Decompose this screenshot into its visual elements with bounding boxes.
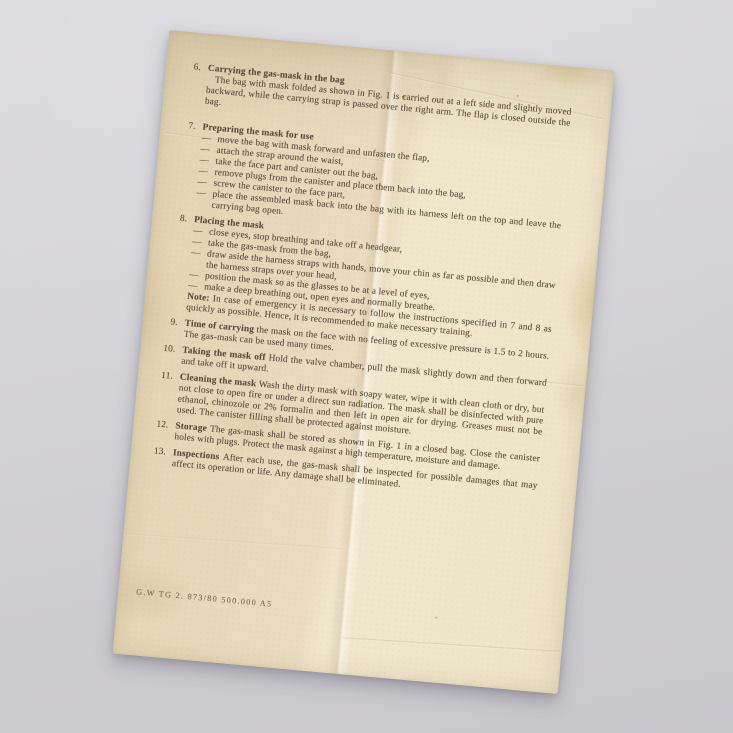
instruction-sheet: 6.Carrying the gas-mask in the bagThe ba…	[113, 30, 615, 694]
section-lead: Time of carrying	[184, 319, 257, 335]
fold-crease-right-bottom	[343, 637, 562, 653]
section-number: 12.	[148, 419, 169, 443]
ink-speck	[435, 617, 437, 619]
section-number: 8.	[160, 213, 188, 313]
fold-crease-left-lower	[123, 533, 342, 550]
table-surface: 6.Carrying the gas-mask in the bagThe ba…	[0, 0, 733, 733]
section-number: 7.	[169, 120, 196, 209]
print-code-footer: G.W TG 2. 873/80 500.000 A5	[136, 587, 273, 608]
section-number: 11.	[150, 370, 173, 416]
section-lead: Inspections	[173, 448, 224, 463]
section-number: 6.	[179, 61, 202, 107]
section-number: 10.	[155, 343, 176, 367]
section-lead: Storage	[175, 421, 211, 434]
note-label: Note:	[187, 292, 214, 304]
section-lead: Taking the mask off	[182, 346, 269, 364]
document-sections: 6.Carrying the gas-mask in the bagThe ba…	[145, 61, 573, 508]
section-number: 9.	[157, 316, 178, 340]
section-lead: Cleaning the mask	[179, 372, 259, 389]
section-number: 13.	[146, 446, 167, 470]
